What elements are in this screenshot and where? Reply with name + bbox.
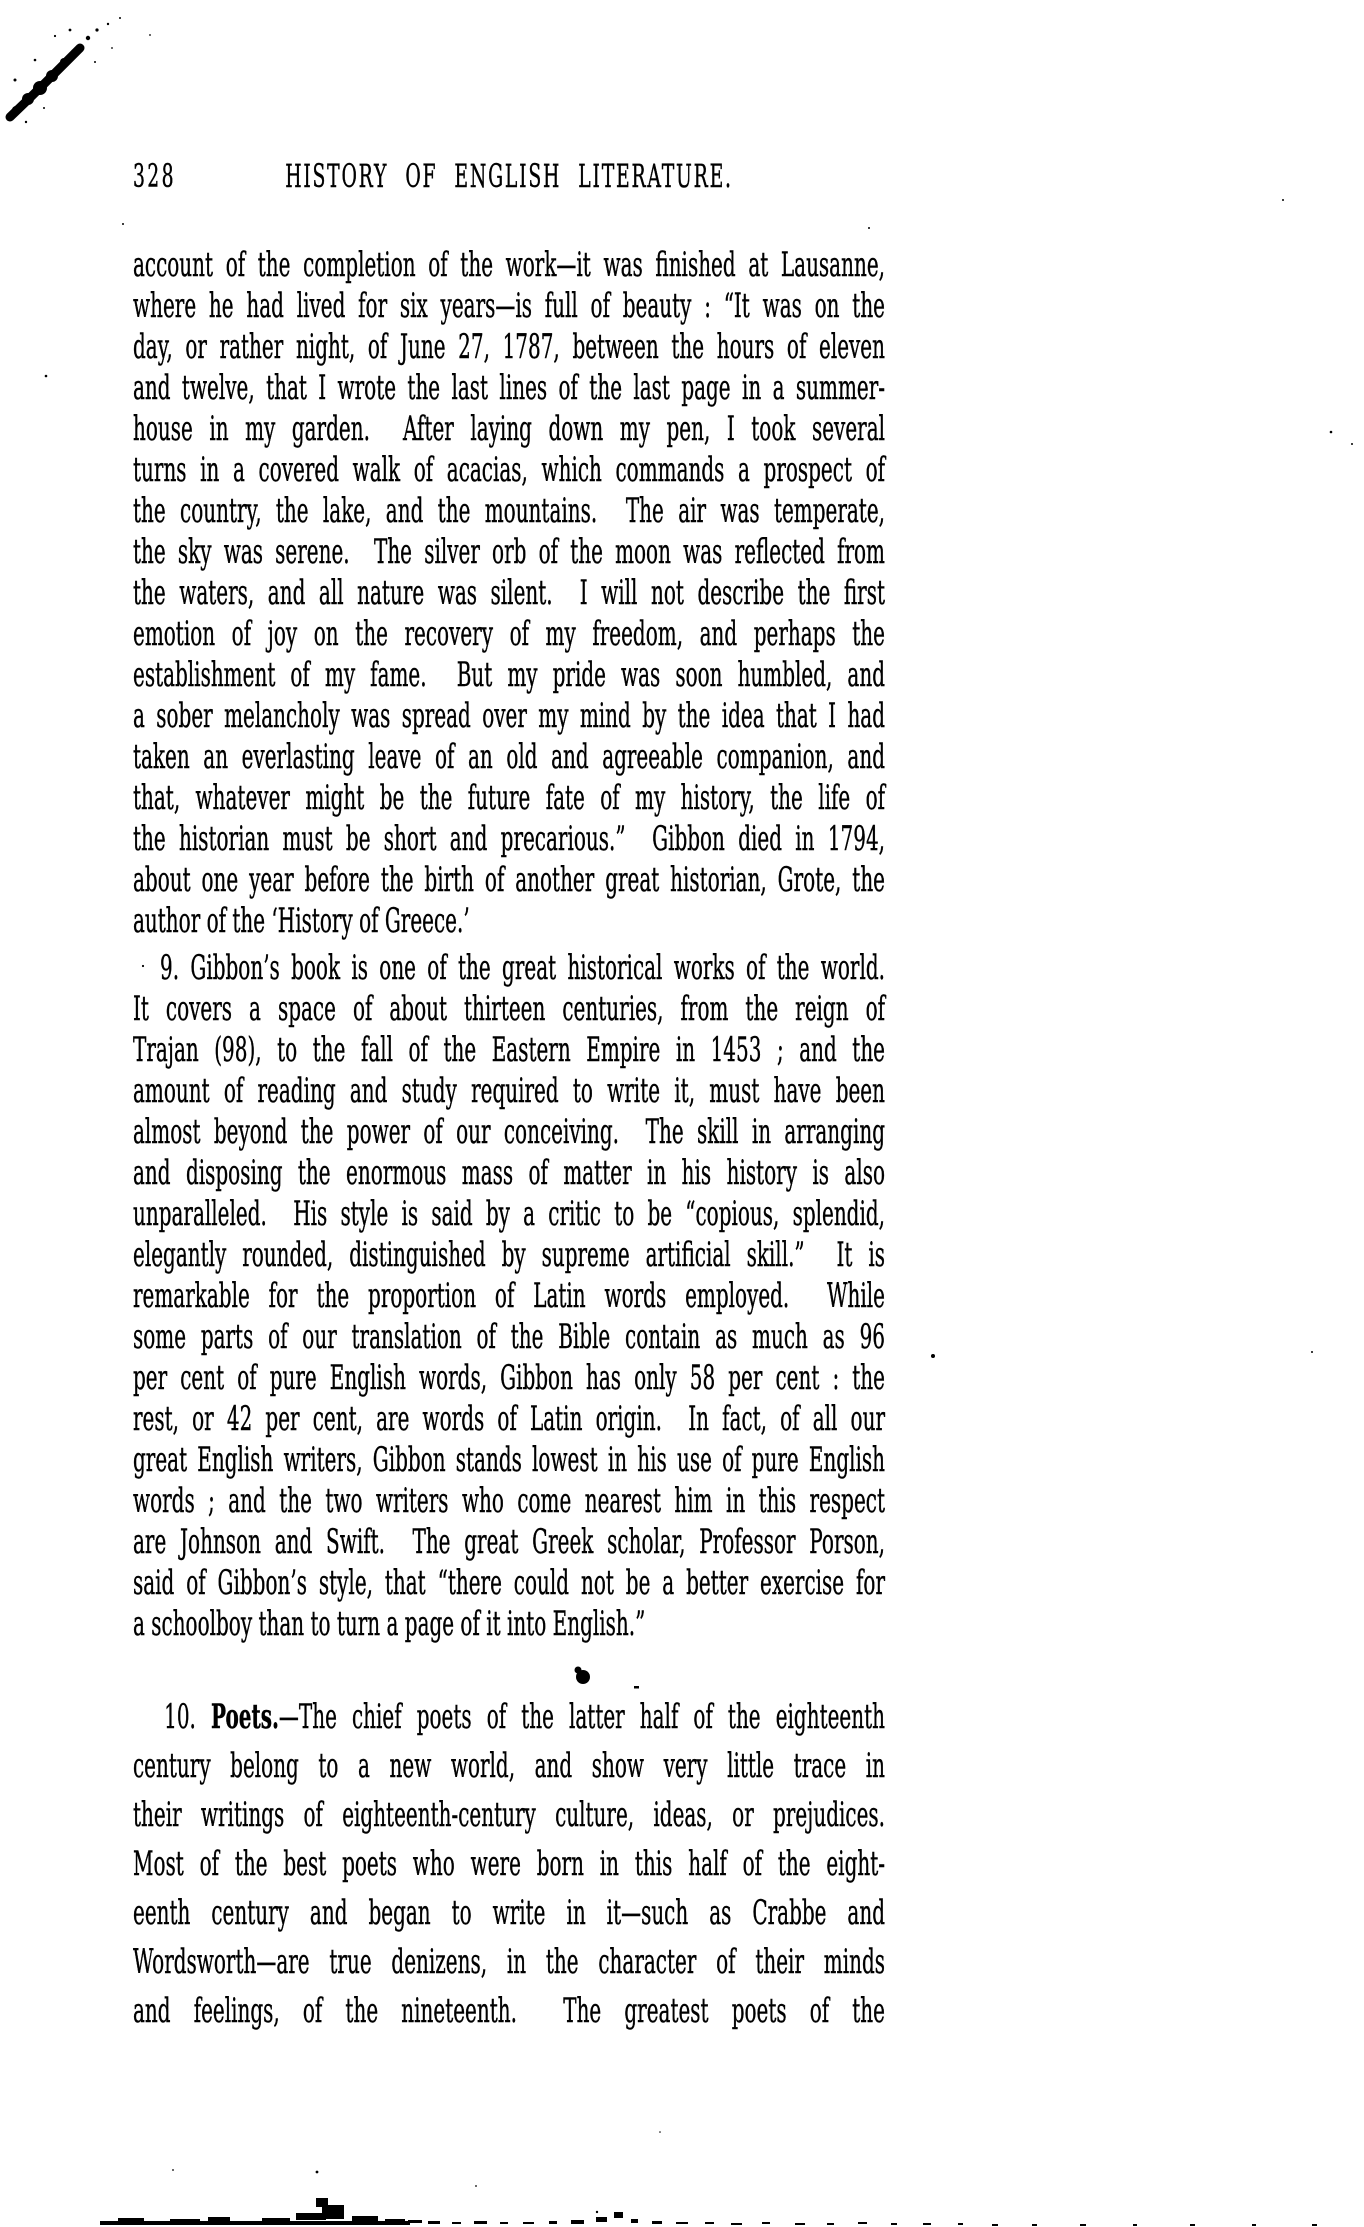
- text-line: author of the ‘History of Greece.’: [133, 901, 885, 942]
- text-line: account of the completion of the work—it…: [133, 245, 885, 286]
- text-line: Wordsworth—are true denizens, in the cha…: [133, 1938, 885, 1987]
- text-line: taken an everlasting leave of an old and…: [133, 737, 885, 778]
- section-heading: Poets.: [211, 1697, 279, 1737]
- text-line: the historian must be short and precario…: [133, 819, 885, 860]
- text-line: day, or rather night, of June 27, 1787, …: [133, 327, 885, 368]
- text-line: rest, or 42 per cent, are words of Latin…: [133, 1399, 885, 1440]
- text-line: emotion of joy on the recovery of my fre…: [133, 614, 885, 655]
- text-line: and disposing the enormous mass of matte…: [133, 1153, 885, 1194]
- paragraph-section-10: 10. Poets.—The chief poets of the latter…: [133, 1693, 885, 2036]
- running-title: HISTORY OF ENGLISH LITERATURE.: [133, 156, 885, 197]
- text-line: said of Gibbon’s style, that “there coul…: [133, 1563, 885, 1604]
- text-line: 10. Poets.—The chief poets of the latter…: [133, 1693, 885, 1742]
- text-line: 9. Gibbon’s book is one of the great his…: [133, 948, 885, 989]
- text-line: are Johnson and Swift. The great Greek s…: [133, 1522, 885, 1563]
- text-line: almost beyond the power of our conceivin…: [133, 1112, 885, 1153]
- paragraph-section-9: 9. Gibbon’s book is one of the great his…: [133, 948, 885, 1645]
- text-line: eenth century and began to write in it—s…: [133, 1889, 885, 1938]
- text-line: elegantly rounded, distinguished by supr…: [133, 1235, 885, 1276]
- text-line: about one year before the birth of anoth…: [133, 860, 885, 901]
- text-line: a sober melancholy was spread over my mi…: [133, 696, 885, 737]
- text-line: It covers a space of about thirteen cent…: [133, 989, 885, 1030]
- text-line: per cent of pure English words, Gibbon h…: [133, 1358, 885, 1399]
- text-line: their writings of eighteenth-century cul…: [133, 1791, 885, 1840]
- text-line: great English writers, Gibbon stands low…: [133, 1440, 885, 1481]
- page-header: 328 HISTORY OF ENGLISH LITERATURE.: [133, 156, 885, 197]
- page-number: 328: [133, 156, 176, 197]
- text-line: the waters, and all nature was silent. I…: [133, 573, 885, 614]
- text-line: establishment of my fame. But my pride w…: [133, 655, 885, 696]
- text-line: where he had lived for six years—is full…: [133, 286, 885, 327]
- text-line: words ; and the two writers who come nea…: [133, 1481, 885, 1522]
- text-line: century belong to a new world, and show …: [133, 1742, 885, 1791]
- text-line: amount of reading and study required to …: [133, 1071, 885, 1112]
- text-line: and twelve, that I wrote the last lines …: [133, 368, 885, 409]
- text-line: house in my garden. After laying down my…: [133, 409, 885, 450]
- text-line: and feelings, of the nineteenth. The gre…: [133, 1987, 885, 2036]
- section-lead-text: —The chief poets of the latter half of t…: [279, 1697, 885, 1737]
- text-line: Most of the best poets who were born in …: [133, 1840, 885, 1889]
- ink-smudge-icon: [6, 17, 151, 123]
- text-line: that, whatever might be the future fate …: [133, 778, 885, 819]
- section-number: 10.: [164, 1697, 211, 1737]
- text-line: a schoolboy than to turn a page of it in…: [133, 1604, 885, 1645]
- paragraph-gibbon-quote: account of the completion of the work—it…: [133, 245, 885, 942]
- book-page-scan: 328 HISTORY OF ENGLISH LITERATURE. accou…: [0, 0, 1364, 2227]
- text-line: unparalleled. His style is said by a cri…: [133, 1194, 885, 1235]
- bottom-edge-artifact: [100, 2198, 1317, 2226]
- text-line: remarkable for the proportion of Latin w…: [133, 1276, 885, 1317]
- ink-blot-icon: [575, 1667, 640, 1689]
- text-line: some parts of our translation of the Bib…: [133, 1317, 885, 1358]
- text-line: the sky was serene. The silver orb of th…: [133, 532, 885, 573]
- text-line: Trajan (98), to the fall of the Eastern …: [133, 1030, 885, 1071]
- text-line: turns in a covered walk of acacias, whic…: [133, 450, 885, 491]
- text-line: the country, the lake, and the mountains…: [133, 491, 885, 532]
